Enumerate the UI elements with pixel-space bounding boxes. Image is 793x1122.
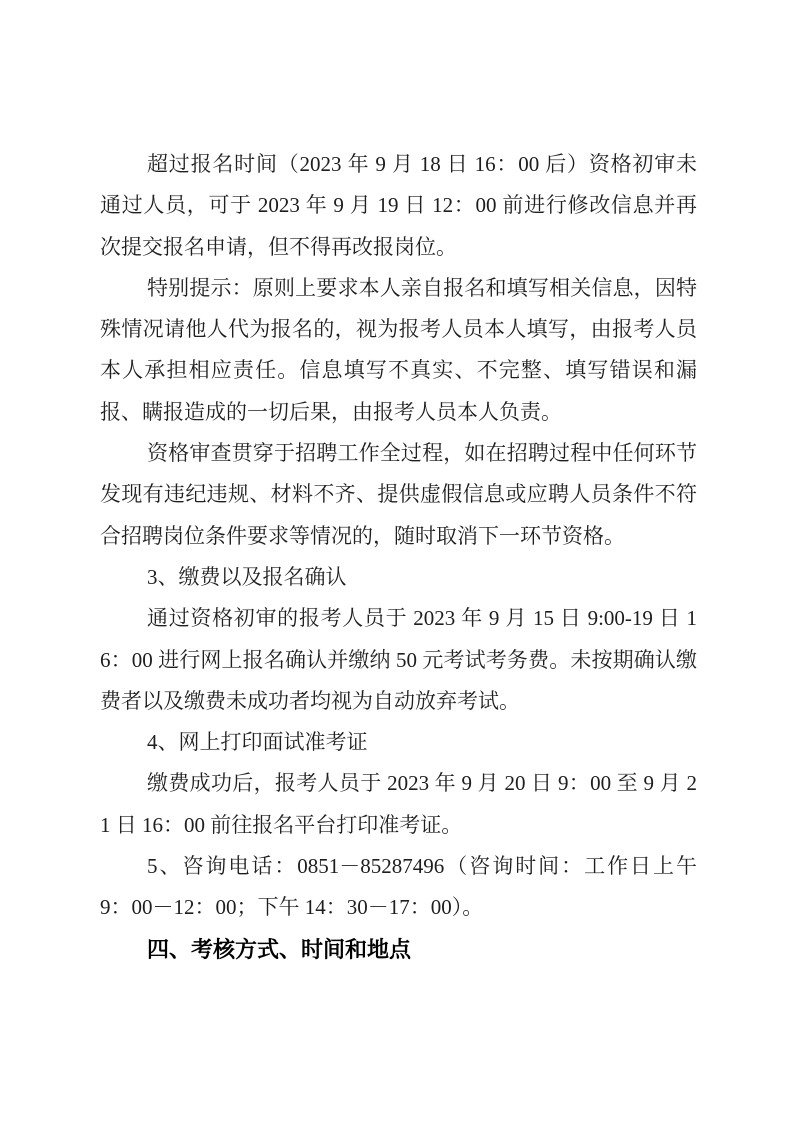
item-4-print-admission-ticket: 4、网上打印面试准考证	[100, 722, 697, 763]
paragraph-special-notice: 特别提示：原则上要求本人亲自报名和填写相关信息，因特殊情况请他人代为报名的，视为…	[100, 268, 697, 433]
document-page: 超过报名时间（2023 年 9 月 18 日 16：00 后）资格初审未通过人员…	[0, 0, 793, 1122]
paragraph-ticket-printing-details: 缴费成功后，报考人员于 2023 年 9 月 20 日 9：00 至 9 月 2…	[100, 763, 697, 846]
paragraph-qualification-review: 资格审查贯穿于招聘工作全过程，如在招聘过程中任何环节发现有违纪违规、材料不齐、提…	[100, 433, 697, 557]
paragraph-payment-details: 通过资格初审的报考人员于 2023 年 9 月 15 日 9:00-19 日 1…	[100, 598, 697, 722]
document-body: 超过报名时间（2023 年 9 月 18 日 16：00 后）资格初审未通过人员…	[100, 144, 697, 970]
item-5-consultation-phone: 5、咨询电话：0851－85287496（咨询时间：工作日上午 9：00－12：…	[100, 846, 697, 929]
heading-section-four-assessment: 四、考核方式、时间和地点	[100, 929, 697, 970]
item-3-payment-confirmation: 3、缴费以及报名确认	[100, 557, 697, 598]
paragraph-late-registration: 超过报名时间（2023 年 9 月 18 日 16：00 后）资格初审未通过人员…	[100, 144, 697, 268]
